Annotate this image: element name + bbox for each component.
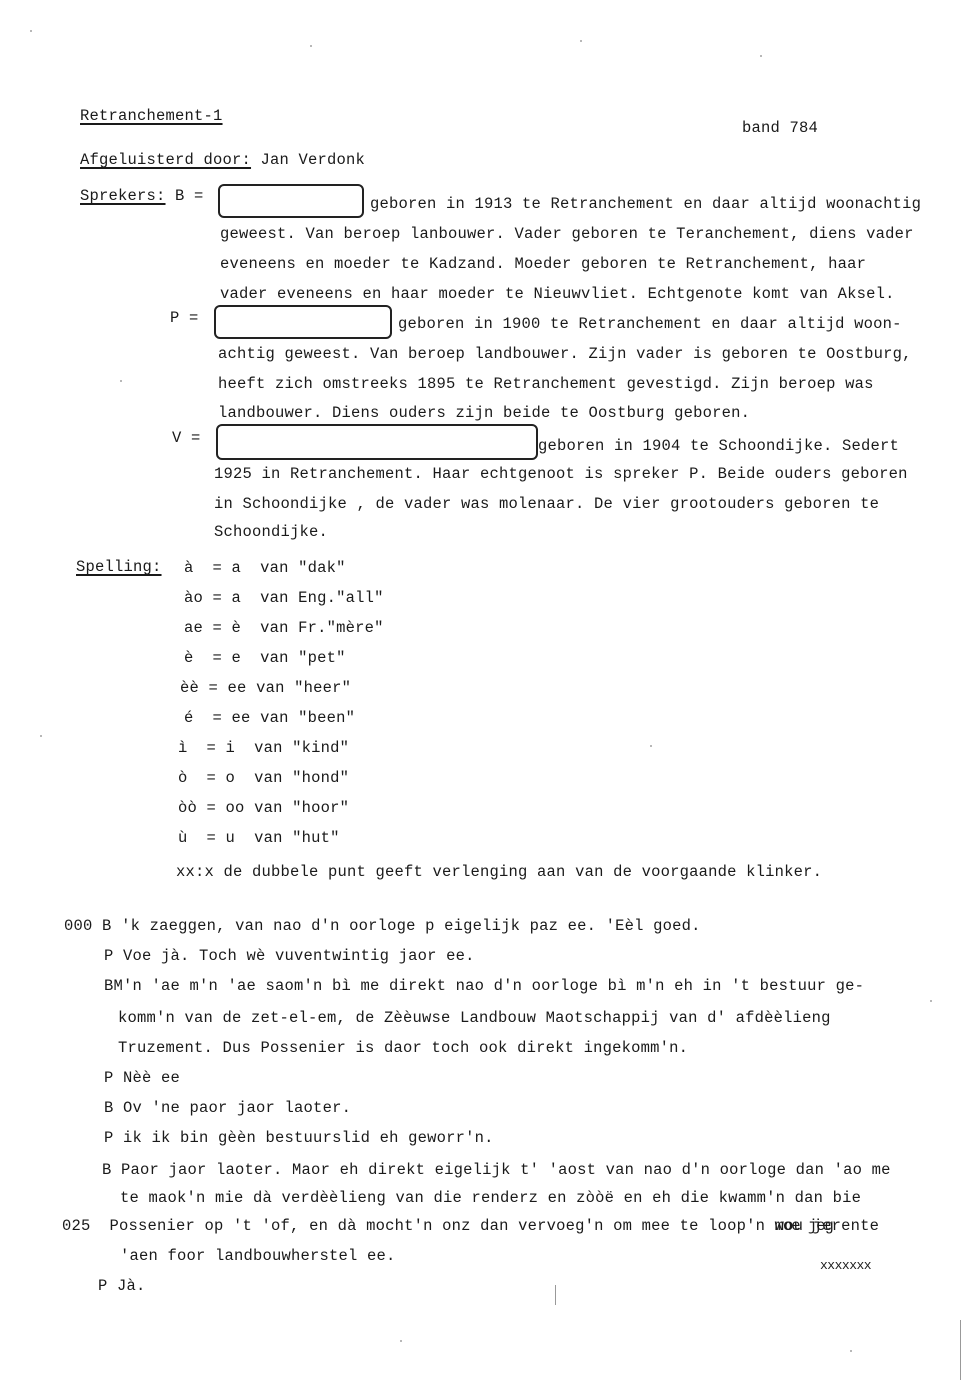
spelling-symbol: ì (178, 739, 197, 757)
spelling-equals: = o (207, 769, 245, 787)
speaker-v-line-2: 1925 in Retranchement. Haar echtgenoot i… (214, 464, 908, 484)
utterance-continuation: rente (832, 1217, 880, 1235)
spelling-row: ào = a van Eng."all" (184, 588, 384, 608)
transcript-line: P ik ik bin gèèn bestuurslid eh geworr'n… (104, 1128, 494, 1148)
transcript-line: Truzement. Dus Possenier is daor toch oo… (118, 1038, 688, 1058)
spelling-equals: = i (207, 739, 245, 757)
speaker-v-prefix: V = (172, 428, 201, 448)
speakers-line: Sprekers: B = (80, 186, 204, 206)
utterance: 'k zaeggen, van nao d'n oorloge p eigeli… (121, 917, 701, 935)
utterance: Jà. (117, 1277, 146, 1295)
struck-overlay: moe jeg (775, 1216, 833, 1236)
transcript-line: te maok'n mie dà verdèèlieng van die ren… (120, 1188, 861, 1208)
tape-counter: 000 (64, 917, 93, 935)
scan-artifact (555, 1285, 556, 1305)
utterance: 'aen foor landbouwherstel ee. (120, 1247, 396, 1265)
speaker-tag: B (104, 977, 114, 995)
transcript-line: 000 B 'k zaeggen, van nao d'n oorloge p … (64, 916, 701, 936)
spelling-equals: = ee (209, 679, 247, 697)
spelling-equals: = è (213, 619, 251, 637)
utterance: Voe jà. Toch wè vuventwintig jaor ee. (123, 947, 475, 965)
spelling-symbol: è (184, 649, 203, 667)
spelling-equals: = a (213, 589, 251, 607)
speaker-tag: P (104, 1069, 114, 1087)
utterance: Nèè ee (123, 1069, 180, 1087)
scan-speck (850, 1350, 852, 1352)
transcript-line: komm'n van de zet-el-em, de Zèèuwse Land… (118, 1008, 831, 1028)
spelling-description: van "heer" (256, 679, 351, 697)
transcript-line: P Jà. (98, 1276, 146, 1296)
speaker-p-line-2: achtig geweest. Van beroep landbouwer. Z… (218, 344, 912, 364)
spelling-row: èè = ee van "heer" (180, 678, 351, 698)
listener-line: Afgeluisterd door: Jan Verdonk (80, 150, 365, 170)
speaker-b-line-3: eveneens en moeder te Kadzand. Moeder ge… (220, 254, 866, 274)
utterance: Ov 'ne paor jaor laoter. (123, 1099, 351, 1117)
band-number: band 784 (742, 118, 818, 138)
transcript-line: 025 Possenier op 't 'of, en dà mocht'n o… (62, 1216, 879, 1236)
spelling-row: ù = u van "hut" (178, 828, 340, 848)
speakers-label: Sprekers: (80, 187, 166, 205)
speaker-b-line-1: geboren in 1913 te Retranchement en daar… (370, 194, 921, 214)
spelling-symbol: é (184, 709, 203, 727)
scan-speck (120, 380, 122, 382)
transcript-line: P Nèè ee (104, 1068, 180, 1088)
spelling-symbol: òò (178, 799, 197, 817)
spelling-equals: = a (213, 559, 251, 577)
scan-speck (400, 1340, 402, 1342)
redaction-box-p (214, 305, 392, 339)
speaker-v-line-1: geboren in 1904 te Schoondijke. Sedert (538, 436, 899, 456)
speaker-tag: B (102, 1161, 112, 1179)
spelling-symbol: èè (180, 679, 199, 697)
spelling-symbol: à (184, 559, 203, 577)
struck-word: wou jemoe jeg (775, 1216, 832, 1236)
spelling-row: é = ee van "been" (184, 708, 355, 728)
speaker-b-line-4: vader eveneens en haar moeder te Nieuwvl… (220, 284, 895, 304)
utterance: te maok'n mie dà verdèèlieng van die ren… (120, 1189, 861, 1207)
utterance: Truzement. Dus Possenier is daor toch oo… (118, 1039, 688, 1057)
spelling-description: van "hut" (254, 829, 340, 847)
spelling-row: ì = i van "kind" (178, 738, 349, 758)
transcript-line: B Ov 'ne paor jaor laoter. (104, 1098, 351, 1118)
scan-speck (930, 1000, 932, 1002)
tape-counter: 025 (62, 1217, 91, 1235)
speaker-b-line-2: geweest. Van beroep lanbouwer. Vader geb… (220, 224, 914, 244)
speaker-v-line-4: Schoondijke. (214, 522, 328, 542)
scan-speck (40, 735, 42, 737)
speaker-p-prefix: P = (170, 308, 199, 328)
spelling-description: van "hoor" (254, 799, 349, 817)
spelling-equals: = e (213, 649, 251, 667)
transcript-line: B Paor jaor laoter. Maor eh direkt eigel… (102, 1160, 891, 1180)
transcript-line: P Voe jà. Toch wè vuventwintig jaor ee. (104, 946, 475, 966)
utterance: komm'n van de zet-el-em, de Zèèuwse Land… (118, 1009, 831, 1027)
spelling-description: van Fr."mère" (260, 619, 384, 637)
scan-speck (310, 45, 312, 47)
spelling-equals: = ee (213, 709, 251, 727)
redaction-box-v (216, 424, 538, 460)
spelling-row: òò = oo van "hoor" (178, 798, 349, 818)
spelling-description: van "pet" (260, 649, 346, 667)
scan-speck (760, 55, 762, 57)
document-page: Retranchement-1 band 784 Afgeluisterd do… (0, 0, 973, 1382)
scan-speck (650, 745, 652, 747)
spelling-symbol: ò (178, 769, 197, 787)
document-title: Retranchement-1 (80, 106, 223, 126)
speaker-tag: B (104, 1099, 114, 1117)
spelling-equals: = oo (207, 799, 245, 817)
speaker-b-prefix: B = (175, 187, 204, 205)
spelling-note: xx:x de dubbele punt geeft verlenging aa… (176, 862, 822, 882)
listener-name: Jan Verdonk (251, 151, 365, 169)
spelling-row: à = a van "dak" (184, 558, 346, 578)
spelling-row: ae = è van Fr."mère" (184, 618, 384, 638)
spelling-equals: = u (207, 829, 245, 847)
spelling-symbol: ào (184, 589, 203, 607)
spelling-description: van "hond" (254, 769, 349, 787)
spelling-symbol: ù (178, 829, 197, 847)
speaker-tag: P (104, 1129, 114, 1147)
utterance: M'n 'ae m'n 'ae saom'n bì me direkt nao … (114, 977, 865, 995)
utterance: ik ik bin gèèn bestuurslid eh geworr'n. (123, 1129, 494, 1147)
spelling-description: van "been" (260, 709, 355, 727)
speaker-p-line-3: heeft zich omstreeks 1895 te Retrancheme… (218, 374, 874, 394)
scan-speck (580, 40, 582, 42)
redaction-box-b (218, 184, 364, 218)
utterance: Possenier op 't 'of, en dà mocht'n onz d… (110, 1217, 775, 1235)
transcript-line: 'aen foor landbouwherstel ee. (120, 1246, 396, 1266)
speaker-tag: P (104, 947, 114, 965)
scan-speck (30, 30, 32, 32)
utterance: Paor jaor laoter. Maor eh direkt eigelij… (121, 1161, 891, 1179)
speaker-p-line-4: landbouwer. Diens ouders zijn beide te O… (218, 403, 750, 423)
spelling-row: ò = o van "hond" (178, 768, 349, 788)
spelling-label: Spelling: (76, 557, 162, 577)
strike-mark: xxxxxxx (820, 1256, 871, 1276)
spelling-row: è = e van "pet" (184, 648, 346, 668)
scan-artifact (960, 1320, 961, 1380)
spelling-description: van "kind" (254, 739, 349, 757)
spelling-description: van "dak" (260, 559, 346, 577)
spelling-symbol: ae (184, 619, 203, 637)
listener-label: Afgeluisterd door: (80, 151, 251, 169)
speaker-tag: B (102, 917, 112, 935)
speaker-p-line-1: geboren in 1900 te Retranchement en daar… (398, 314, 902, 334)
spelling-description: van Eng."all" (260, 589, 384, 607)
speaker-v-line-3: in Schoondijke , de vader was molenaar. … (214, 494, 879, 514)
transcript-line: BM'n 'ae m'n 'ae saom'n bì me direkt nao… (104, 976, 864, 996)
speaker-tag: P (98, 1277, 108, 1295)
